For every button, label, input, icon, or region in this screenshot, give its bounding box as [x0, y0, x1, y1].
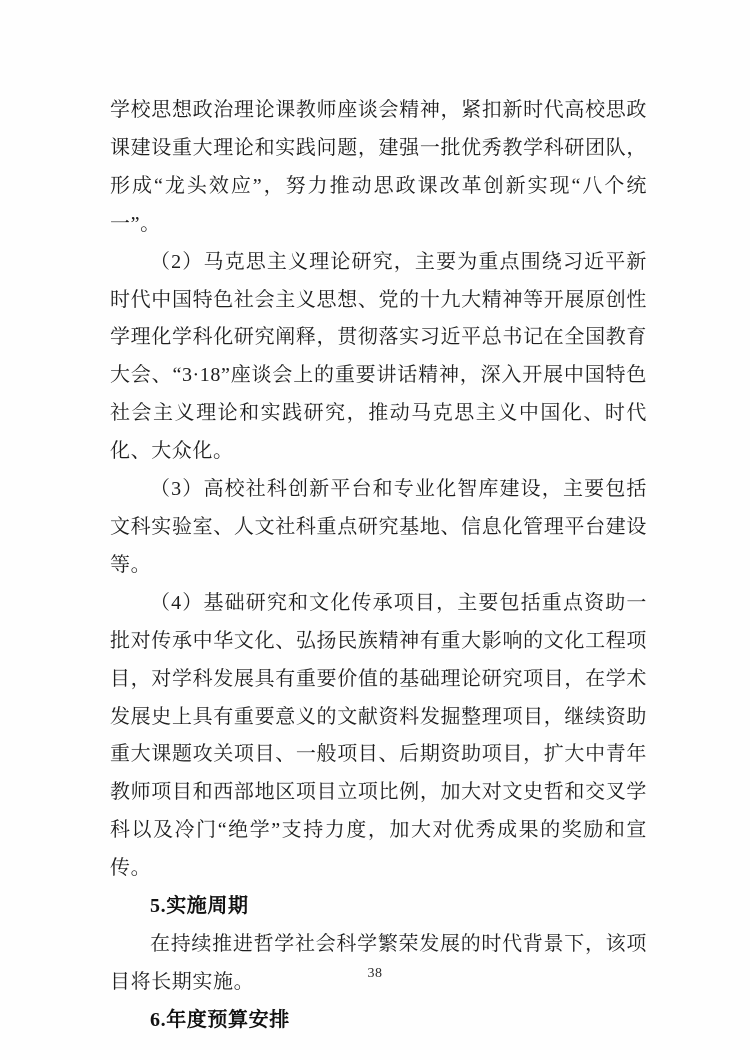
- section-heading-5: 5.实施周期: [110, 888, 647, 926]
- document-body: 学校思想政治理论课教师座谈会精神，紧扣新时代高校思政课建设重大理论和实践问题，建…: [110, 92, 647, 1040]
- page-number: 38: [0, 966, 750, 982]
- paragraph-item-3: （3）高校社科创新平台和专业化智库建设，主要包括文科实验室、人文社科重点研究基地…: [110, 471, 647, 585]
- paragraph-item-2: （2）马克思主义理论研究，主要为重点围绕习近平新时代中国特色社会主义思想、党的十…: [110, 244, 647, 471]
- paragraph-implementation-period: 在持续推进哲学社会科学繁荣发展的时代背景下，该项目将长期实施。: [110, 926, 647, 1002]
- paragraph-item-4: （4）基础研究和文化传承项目，主要包括重点资助一批对传承中华文化、弘扬民族精神有…: [110, 585, 647, 888]
- paragraph-continuation: 学校思想政治理论课教师座谈会精神，紧扣新时代高校思政课建设重大理论和实践问题，建…: [110, 92, 647, 244]
- section-heading-6: 6.年度预算安排: [110, 1002, 647, 1040]
- document-page: 学校思想政治理论课教师座谈会精神，紧扣新时代高校思政课建设重大理论和实践问题，建…: [0, 0, 750, 1060]
